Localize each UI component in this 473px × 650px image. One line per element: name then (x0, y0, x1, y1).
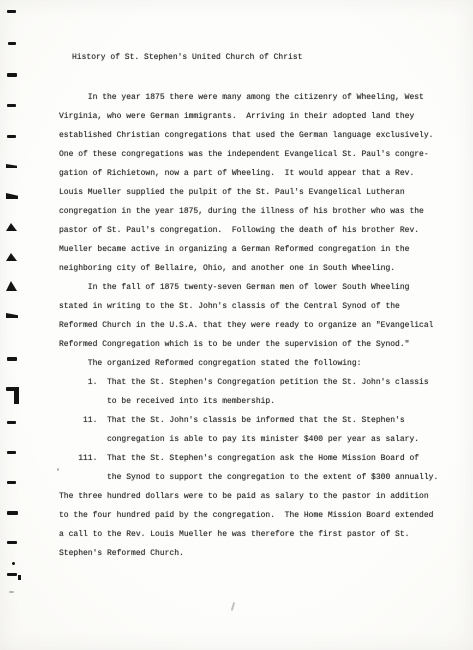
document-title: History of St. Stephen's United Church o… (72, 53, 302, 63)
binding-mark (7, 511, 18, 515)
binding-mark (7, 451, 16, 454)
binding-mark (7, 135, 16, 138)
text-line: Reformed Church in the U.S.A. that they … (59, 316, 438, 335)
text-line: established Christian congregations that… (59, 126, 438, 145)
binding-mark (7, 573, 17, 576)
text-line: to be received into its membership. (59, 392, 438, 411)
binding-mark (6, 164, 17, 168)
binding-mark (7, 10, 16, 13)
text-line: congregation is able to pay its minister… (59, 430, 438, 449)
text-line: The organized Reformed congregation stat… (59, 354, 438, 373)
text-line: Mueller became active in organizing a Ge… (59, 240, 438, 259)
binding-mark (7, 481, 16, 484)
binding-mark (7, 421, 16, 424)
binding-mark (6, 253, 17, 261)
text-line: to the four hundred paid by the congrega… (59, 506, 438, 525)
text-line: 1. That the St. Stephen's Congregation p… (59, 373, 438, 392)
text-line: In the fall of 1875 twenty-seven German … (59, 278, 438, 297)
text-line: Stephen's Reformed Church. (59, 544, 438, 563)
text-line: 11. That the St. John's classis be infor… (59, 411, 438, 430)
binding-mark (6, 313, 18, 318)
text-line: Virginia, who were German immigrants. Ar… (59, 107, 438, 126)
binding-mark (7, 104, 16, 107)
binding-mark (8, 42, 16, 45)
binding-mark (7, 73, 17, 77)
text-line: 111. That the St. Stephen's congregation… (59, 449, 438, 468)
text-line: stated in writing to the St. John's clas… (59, 297, 438, 316)
text-line: Reformed Congregation which is to be und… (59, 335, 438, 354)
text-line: In the year 1875 there were many among t… (59, 88, 438, 107)
binding-mark (9, 591, 14, 593)
text-line: the Synod to support the congregation to… (59, 468, 438, 487)
document-body: In the year 1875 there were many among t… (59, 88, 438, 563)
binding-mark (6, 281, 17, 291)
faint-pen-mark (231, 602, 236, 611)
binding-mark (6, 223, 17, 231)
binding-mark (6, 387, 19, 391)
text-line: gation of Richietown, now a part of Whee… (59, 164, 438, 183)
text-line: One of these congregations was the indep… (59, 145, 438, 164)
text-line: pastor of St. Paul's congregation. Follo… (59, 221, 438, 240)
text-line: Louis Mueller supplied the pulpit of the… (59, 183, 438, 202)
scanned-document-page: History of St. Stephen's United Church o… (0, 0, 473, 650)
binding-mark (7, 357, 17, 361)
text-line: neighboring city of Bellaire, Ohio, and … (59, 259, 438, 278)
binding-mark (12, 562, 15, 565)
text-line: a call to the Rev. Louis Mueller he was … (59, 525, 438, 544)
binding-mark (7, 541, 17, 544)
text-line: The three hundred dollars were to be pai… (59, 487, 438, 506)
binding-mark (6, 193, 18, 199)
text-line: congregation in the year 1875, during th… (59, 202, 438, 221)
